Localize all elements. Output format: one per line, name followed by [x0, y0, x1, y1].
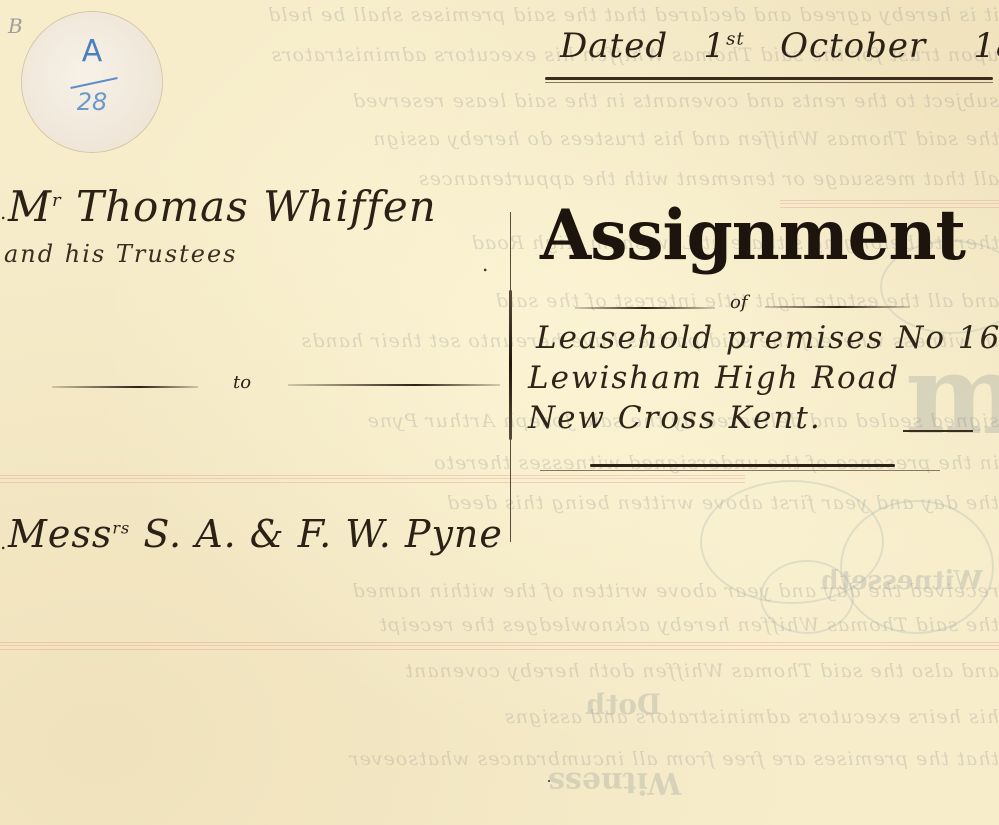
seal-reference-letter: A	[22, 34, 162, 69]
second-party-full-name: S. A. & F. W. Pyne	[143, 512, 503, 556]
ruled-line	[0, 642, 999, 650]
first-party-prefix: M	[8, 182, 52, 231]
document-title: Assignment	[540, 194, 965, 276]
seal-reference-number: 28	[22, 88, 162, 116]
bleed-line: and also the said Thomas Whiffen doth he…	[0, 660, 999, 682]
dated-label: Dated	[560, 26, 668, 66]
second-party-prefix: Mess	[8, 512, 112, 556]
stray-mark	[548, 780, 550, 782]
of-rule-right	[765, 306, 910, 308]
bleed-line: it is hereby agreed and declared that th…	[0, 4, 999, 26]
closing-rule	[590, 464, 895, 467]
to-rule-left	[52, 386, 198, 388]
property-line-3: New Cross Kent.	[528, 400, 822, 436]
bleed-line: and all the estate right title interest …	[0, 290, 999, 312]
dated-day-suffix: st	[726, 29, 744, 50]
bleed-line: the said Thomas Whiffen hereby acknowled…	[0, 614, 999, 636]
ruled-line	[0, 475, 745, 483]
dot: .	[482, 252, 488, 276]
dated-line: Dated 1st October 1878.	[560, 26, 999, 66]
dated-month: October	[780, 26, 926, 66]
dot: .	[0, 530, 6, 554]
property-line-1: Leasehold premises No 161	[536, 320, 999, 356]
ghost-flourish	[840, 500, 994, 634]
ghost-flourish	[760, 560, 854, 634]
property-line-3-tail	[903, 430, 973, 432]
property-line-2: Lewisham High Road	[528, 360, 900, 396]
bleed-line: the said Thomas Whiffen and his trustees…	[0, 128, 999, 150]
ghost-word: Doth	[585, 688, 661, 721]
first-party-full-name: Thomas Whiffen	[76, 182, 437, 231]
paper-seal: A 28	[22, 12, 162, 152]
first-party-name: Mr Thomas Whiffen	[8, 182, 437, 231]
bleed-line: signed sealed and delivered by the said …	[0, 410, 999, 432]
of-connector: of	[730, 292, 748, 313]
second-party-prefix-sup: rs	[112, 518, 130, 537]
to-connector: to	[233, 372, 251, 393]
of-rule-left	[575, 307, 715, 309]
dot: .	[0, 200, 6, 224]
ghost-word: Witness	[548, 765, 681, 800]
dated-year: 1878.	[974, 26, 999, 66]
dated-underline-thin	[545, 82, 993, 83]
bleed-line: that the premises are free from all incu…	[0, 748, 999, 770]
first-party-subtitle: and his Trustees	[4, 240, 237, 268]
closing-rule-thin	[540, 470, 940, 471]
dated-underline	[545, 77, 993, 80]
bleed-line: his heirs executors administrators and a…	[0, 706, 999, 728]
to-rule-right	[288, 384, 500, 386]
corner-pencil-mark: B	[8, 14, 23, 38]
vertical-divider-swell	[509, 290, 512, 440]
dated-day: 1	[704, 26, 727, 66]
second-party-name: Messrs S. A. & F. W. Pyne	[8, 512, 503, 556]
first-party-prefix-sup: r	[52, 190, 62, 211]
